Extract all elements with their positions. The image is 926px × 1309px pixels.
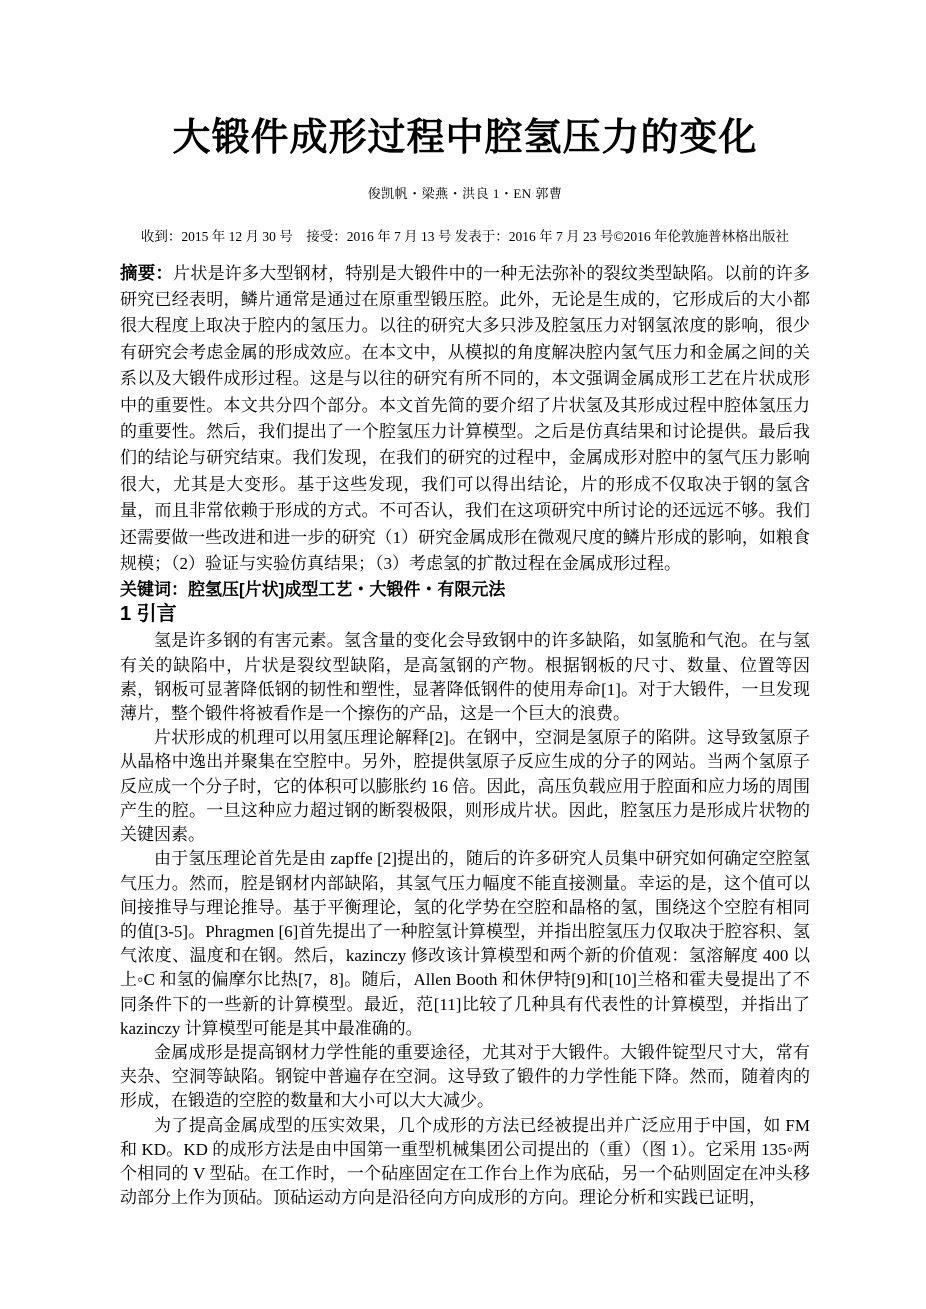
received-accepted-published-line: 收到：2015 年 12 月 30 号 接受：2016 年 7 月 13 号 发… <box>120 225 810 245</box>
document-page: 大锻件成形过程中腔氢压力的变化 俊凯帆・梁燕・洪良 1・EN 郭曹 收到：201… <box>0 0 926 1309</box>
abstract-paragraph: 摘要：片状是许多大型钢材，特别是大锻件中的一种无法弥补的裂纹类型缺陷。以前的许多… <box>120 260 810 578</box>
intro-paragraph-2: 片状形成的机理可以用氢压理论解释[2]。在钢中，空洞是氢原子的陷阱。这导致氢原子… <box>120 726 810 847</box>
intro-paragraph-3: 由于氢压理论首先是由 zapffe [2]提出的，随后的许多研究人员集中研究如何… <box>120 847 810 1041</box>
authors-line: 俊凯帆・梁燕・洪良 1・EN 郭曹 <box>120 183 810 202</box>
intro-paragraph-1: 氢是许多钢的有害元素。氢含量的变化会导致钢中的许多缺陷，如氢脆和气泡。在与氢有关… <box>120 629 810 726</box>
abstract-label: 摘要： <box>120 263 173 283</box>
keywords-text: 腔氢压[片状]成型工艺・大锻件・有限元法 <box>188 580 505 599</box>
abstract-text: 片状是许多大型钢材，特别是大锻件中的一种无法弥补的裂纹类型缺陷。以前的许多研究已… <box>120 264 810 573</box>
paper-title: 大锻件成形过程中腔氢压力的变化 <box>120 116 810 162</box>
intro-paragraph-5: 为了提高金属成型的压实效果，几个成形的方法已经被提出并广泛应用于中国，如 FM … <box>120 1114 810 1211</box>
keywords-label: 关键词： <box>120 580 188 599</box>
keywords-line: 关键词：腔氢压[片状]成型工艺・大锻件・有限元法 <box>120 577 810 602</box>
section-1-heading: 1 引言 <box>120 603 810 626</box>
intro-paragraph-4: 金属成形是提高钢材力学性能的重要途径，尤其对于大锻件。大锻件锭型尺寸大，常有夹杂… <box>120 1041 810 1114</box>
